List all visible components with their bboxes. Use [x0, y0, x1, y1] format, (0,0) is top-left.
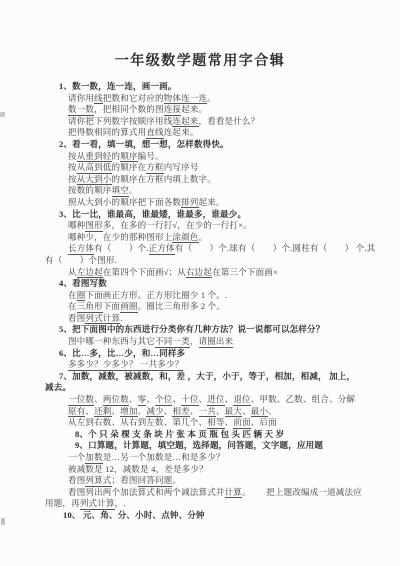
text-segment: 、	[242, 406, 251, 416]
text-segment: 、	[94, 394, 103, 404]
text-segment: ，看看是什么？	[199, 116, 260, 126]
text-segment: 、	[112, 406, 121, 416]
text-line: 哪种图形多，在多的一行打√，在少的一行打×。	[68, 220, 380, 232]
text-segment: 在	[68, 301, 77, 311]
text-segment: 按	[68, 162, 77, 172]
text-segment: 有（ ）个.球有（ ）个.圆柱有（ ） 个.其	[175, 243, 376, 253]
text-segment: 把得数相同的算式用	[68, 127, 146, 137]
text-line: 按从重到轻的顺序编号。	[68, 151, 380, 163]
text-segment: ，.	[115, 498, 126, 508]
text-line: 请你把下列数字按顺序用线连起来，看看是什么？	[68, 116, 380, 128]
document-page: 一年级数学题常用字合辑 1、数一数，连一连，画一画。请你用线把数和它对应的物体连…	[0, 0, 400, 566]
underlined-text-segment: 线	[94, 93, 103, 105]
text-segment: 8、个 只 朵 棵 支 条 块 片 张 本 页 瓶 包 头 匹 辆 天 岁	[75, 429, 284, 439]
text-line: 请你用线把数和它对应的物体连一连。	[68, 93, 380, 105]
text-segment: 有（ ）个图形.	[45, 255, 117, 265]
text-line: 从左到右数、从右到左数、第几个、相等、前面、后面	[68, 417, 380, 429]
underlined-text-segment: 方框	[146, 162, 163, 174]
underlined-text-segment: 左边起	[77, 267, 103, 279]
text-line: 原有、还剩、增加、减少、相差、一共、最大、最小、	[68, 406, 380, 418]
underlined-text-segment: 从重到轻	[77, 151, 112, 163]
text-line: 有（ ）个图形.	[45, 255, 380, 267]
underlined-text-segment: 多多少？少多少？ 一共多少？	[68, 359, 183, 371]
text-line: 哪种少，在少的那种图形上涂颜色。	[68, 232, 380, 244]
underlined-text-segment: 从大到小	[77, 174, 112, 186]
text-segment: 在第四个下面画√；从	[103, 267, 186, 277]
text-segment: 10、 元、角、分、小时、点钟、分钟	[63, 510, 205, 520]
underlined-text-segment: 直线	[146, 127, 163, 139]
underlined-text-segment: 三角形	[77, 301, 103, 313]
text-line: 在圈下面画正方形。正方形比圈少 1 个。.	[68, 290, 380, 302]
text-segment: 内写序号	[164, 162, 199, 172]
underlined-text-segment: 物体连一连	[164, 93, 208, 105]
text-segment: 、甲数、乙数、组合、分解	[251, 394, 355, 404]
underlined-text-segment: 涂颜色	[172, 232, 198, 244]
underlined-text-segment: 列式计算	[85, 313, 120, 325]
text-segment: 。	[199, 232, 208, 242]
underlined-text-segment: 连接	[164, 104, 181, 116]
underlined-text-segment: 一位数	[68, 394, 94, 406]
text-line: 看图列出两个加法算式和两个减法算式并计算。 把上题改编成一道减法应	[68, 487, 380, 499]
text-segment: 连起来。	[164, 127, 199, 137]
text-line: 一个加数是…另一个加数是…和是多少？	[68, 452, 380, 464]
text-line: 2、看一看，填一填，想一想，怎样数得快。	[59, 139, 380, 151]
text-segment: 用题，再	[45, 498, 80, 508]
text-line: 6、比…多，比…少，和…同样多	[59, 348, 380, 360]
underlined-text-segment: 列算式	[85, 475, 111, 487]
page-title: 一年级数学题常用字合辑	[0, 0, 400, 70]
text-segment: .	[120, 313, 122, 323]
underlined-text-segment: 连起来	[172, 116, 198, 128]
underlined-text-segment: 从高到低	[77, 162, 112, 174]
underlined-text-segment: 进位	[207, 394, 224, 406]
underlined-text-segment: 一共	[199, 406, 216, 418]
text-segment: 、	[216, 406, 225, 416]
text-segment: 请你用	[68, 93, 94, 103]
text-segment: 下面画正方形。正方形比圈少 1 个。.	[85, 290, 227, 300]
text-segment: 起来。	[199, 197, 225, 207]
text-line: 4、看图写数	[59, 278, 380, 290]
text-line: 按数的顺序填空。	[68, 185, 380, 197]
text-segment: 3、比一比，谁最高，谁最矮，谁最多，谁最少。	[59, 209, 246, 219]
text-segment: 照从大到小的顺序把下面各数	[68, 197, 181, 207]
underlined-text-segment: 列式计算	[80, 498, 115, 510]
underlined-text-segment: 排列	[181, 197, 198, 209]
underlined-text-segment: 相差	[172, 406, 189, 418]
text-segment: 、	[268, 406, 277, 416]
text-line: 在三角形下面画圈。圈比三角形多 2 个。	[68, 301, 380, 313]
text-line: 看图列式计算.	[68, 313, 380, 325]
text-segment: 的	[112, 151, 121, 161]
text-segment: 看图	[68, 313, 85, 323]
text-segment: 从左到右数、从右到左数、第几个、	[68, 417, 207, 427]
underlined-text-segment: 前面	[233, 417, 250, 429]
text-line: 数一数，把相同个数的图连接起来。	[68, 104, 380, 116]
text-segment: 哪种	[68, 220, 85, 230]
text-segment: 的顺序在方框内填上数字。	[112, 174, 216, 184]
text-segment: 减去。	[45, 382, 71, 392]
text-segment: ；看图	[112, 475, 138, 485]
text-line: 10、 元、角、分、小时、点钟、分钟	[63, 510, 380, 522]
underlined-text-segment: 长方体	[68, 243, 94, 255]
text-line: 3、比一比，谁最高，谁最矮，谁最多，谁最少。	[59, 209, 380, 221]
text-segment: 图中哪一种东西与其它	[68, 336, 155, 346]
text-segment: 、	[146, 394, 155, 404]
underlined-text-segment: 最大	[225, 406, 242, 418]
text-segment: 1、数一数，连一连，画一画。	[59, 81, 177, 91]
text-segment: 。	[207, 93, 216, 103]
underlined-text-segment: 两位数	[103, 394, 129, 406]
text-segment: 多，在多的一行打√，在少的一行打×。	[103, 220, 252, 230]
text-line: 看图列算式；看图回答问题。	[68, 475, 380, 487]
text-segment: 看图	[68, 475, 85, 485]
underlined-text-segment: 数一数	[68, 104, 94, 116]
underlined-text-segment: 画圈	[120, 301, 137, 313]
text-segment: 请你把下列数字按顺序用线	[68, 116, 172, 126]
text-segment: 、	[225, 417, 234, 427]
text-segment: 把数和它对应的	[103, 93, 164, 103]
text-line: 被减数是 12，减数是 4，差是多少？	[68, 464, 380, 476]
underlined-text-segment: 正方体	[149, 243, 175, 255]
text-line: 长方体有（ ）个.正方体有（ ）个.球有（ ）个.圆柱有（ ） 个.其	[68, 243, 380, 255]
text-segment: 在	[68, 290, 77, 300]
text-line: 按从大到小的顺序在方框内填上数字。	[68, 174, 380, 186]
text-segment: 、	[190, 406, 199, 416]
text-segment: 下面	[103, 301, 120, 311]
text-line: 用题，再列式计算，.	[45, 498, 380, 510]
text-line: 图中哪一种东西与其它不同一类，请圈出来	[68, 336, 380, 348]
text-segment: 、	[172, 394, 181, 404]
scan-artifact	[0, 112, 5, 117]
text-segment: 。 把上题改编成一道减法应	[242, 487, 362, 497]
text-segment: 看图列出两个加法算式和两个减法算式并	[68, 487, 225, 497]
text-segment: 从	[68, 267, 77, 277]
text-segment: ，	[190, 336, 199, 346]
text-line: 按从高到低的顺序在方框内写序号	[68, 162, 380, 174]
text-segment: 的顺序在	[112, 162, 147, 172]
text-segment: 按数的顺序	[68, 185, 112, 195]
text-line: 9、口算题，计算题，填空题，选择题，问答题，文字题，应用题	[75, 440, 380, 452]
text-segment: 、	[199, 394, 208, 404]
text-segment: 按	[68, 174, 77, 184]
text-segment: 9、口算题，计算题，填空题，选择题，问答题，文字题，应用题	[75, 440, 323, 450]
underlined-text-segment: 最小	[251, 406, 268, 418]
text-segment: 被减数是 12，减数是 4，差是多少？	[68, 464, 208, 474]
text-segment: 2、看一看，填一填，想一想，怎样数得快。	[59, 139, 229, 149]
text-line: 照从大到小的顺序把下面各数排列起来。	[68, 197, 380, 209]
text-segment: 哪种少，在少的那种图形上	[68, 232, 172, 242]
underlined-text-segment: 个位	[155, 394, 172, 406]
underlined-text-segment: 计算	[225, 487, 242, 499]
document-lines: 1、数一数，连一连，画一画。请你用线把数和它对应的物体连一连。数一数，把相同个数…	[0, 81, 400, 522]
text-segment: 4、看图写数	[59, 278, 107, 288]
underlined-text-segment: 十位	[181, 394, 198, 406]
text-line: 1、数一数，连一连，画一画。	[59, 81, 380, 93]
underlined-text-segment: 退位	[233, 394, 250, 406]
text-line: 5、把下面图中的东西进行分类你有几种方法？说一说都可以怎样分？	[59, 324, 380, 336]
text-segment: 7、加数，减数，被减数，和，差 ，大于，小于，等于，相加，相减， 加上，	[59, 371, 355, 381]
text-segment: 是…另一个加数是…和是多少？	[103, 452, 225, 462]
scan-artifact	[1, 518, 5, 525]
underlined-text-segment: 图形	[85, 220, 102, 232]
text-segment: ，把相同个数的图	[94, 104, 164, 114]
underlined-text-segment: 请圈出来	[199, 336, 234, 348]
underlined-text-segment: 相等	[207, 417, 224, 429]
text-line: 一位数、两位数、零、个位、十位、进位、退位、甲数、乙数、组合、分解	[68, 394, 380, 406]
text-line: 把得数相同的算式用直线连起来。	[68, 127, 380, 139]
text-segment: 有（ ）个.	[94, 243, 149, 253]
text-segment: 。	[129, 185, 138, 195]
text-segment: 起来。	[181, 104, 207, 114]
text-line: 8、个 只 朵 棵 支 条 块 片 张 本 页 瓶 包 头 匹 辆 天 岁	[75, 429, 380, 441]
underlined-text-segment: 不同一类	[155, 336, 190, 348]
underlined-text-segment: 加数	[85, 452, 102, 464]
underlined-text-segment: 还剩	[94, 406, 111, 418]
underlined-text-segment: 右边起	[186, 267, 212, 279]
text-segment: 5、把下面图中的东西进行分类你有几种方法？说一说都可以怎样分？	[59, 324, 324, 334]
text-line: 多多少？少多少？ 一共多少？	[68, 359, 380, 371]
underlined-text-segment: 增加	[120, 406, 137, 418]
text-segment: 编号。	[138, 151, 164, 161]
text-segment: 一个	[68, 452, 85, 462]
text-line: 从左边起在第四个下面画√；从右边起在第三个下面画×	[68, 267, 380, 279]
underlined-text-segment: 填空	[112, 185, 129, 197]
text-segment: 在第三个下面画×	[212, 267, 278, 277]
underlined-text-segment: 减少	[146, 406, 163, 418]
text-segment: 按	[68, 151, 77, 161]
underlined-text-segment: 顺序	[120, 151, 137, 163]
text-line: 减去。	[45, 382, 380, 394]
text-segment: 。圈比三角形多 2 个。	[138, 301, 225, 311]
text-line: 7、加数，减数，被减数，和，差 ，大于，小于，等于，相加，相减， 加上，	[59, 371, 380, 383]
text-segment: 、	[85, 406, 94, 416]
underlined-text-segment: 原有	[68, 406, 85, 418]
underlined-text-segment: 回答问题	[138, 475, 173, 487]
text-segment: 6、比…多，比…少，和…同样多	[59, 348, 185, 358]
text-segment: 、后面	[251, 417, 277, 427]
text-segment: 。	[172, 475, 181, 485]
text-segment: 、	[129, 394, 138, 404]
